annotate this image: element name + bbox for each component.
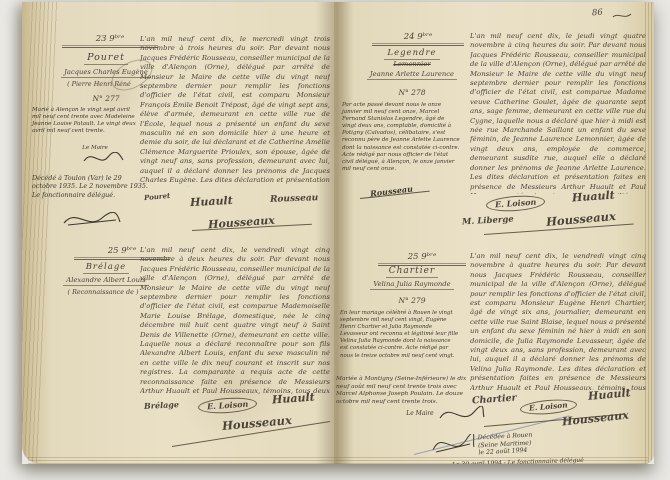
marriage-mention: Marié à Alençon le vingt sept avril mil … [32, 107, 140, 135]
act-number: N° 278 [370, 88, 454, 97]
act-surname-text: Legendre [384, 48, 439, 60]
act-given-names: Velina Julia Raymonde [336, 280, 488, 290]
act-surname: Legendre [342, 48, 482, 60]
signature: Huault [190, 194, 233, 209]
signature: Huault [588, 386, 632, 403]
act-surname: Chartier [342, 266, 482, 278]
signature: Huault [572, 189, 616, 205]
act-given-names-text: Alexandre Albert Louis [63, 276, 148, 286]
folio-paraph-flourish [612, 12, 632, 20]
act-body-text: L'an mil neuf cent dix, le jeudi vingt q… [470, 32, 646, 194]
signature: Rousseau [270, 193, 319, 205]
act-body-text: L'an mil neuf cent dix, le mercredi ving… [140, 35, 330, 187]
legitimation-mention: En leur mariage célébré à Rouen le vingt… [340, 310, 460, 360]
act-body-text: L'an mil neuf cent dix, le vendredi ving… [470, 252, 646, 390]
signature: Chartier [472, 392, 517, 406]
act-date-header: 25 9ᵇʳᵉ [378, 252, 466, 266]
signature: E. Loison [198, 396, 258, 415]
recognition-mention: Par acte passé devant nous le onze janvi… [342, 102, 460, 173]
mayor-signature-flourish [82, 152, 124, 166]
signature: E. Loison [519, 398, 577, 417]
marriage-mention: Mariée à Montigny (Seine-Inférieure) le … [336, 376, 468, 406]
act-number: N° 277 [64, 94, 148, 103]
scanned-register-spread: 23 9ᵇʳᵉ Pouret Jacques Charles Eugène ( … [0, 0, 670, 480]
act-date-header: 24 9ᵇʳᵉ [372, 32, 464, 46]
signature: M. Liberge [462, 215, 514, 228]
left-page: 23 9ᵇʳᵉ Pouret Jacques Charles Eugène ( … [22, 2, 334, 464]
act-given-names: Jeanne Arlette Laurence [336, 70, 488, 80]
mayor-signature-flourish [438, 406, 486, 424]
signature: Housseaux [222, 413, 293, 433]
signature: Huault [272, 391, 316, 407]
act-given-names-text: Jeanne Arlette Laurence [367, 70, 457, 80]
act-given-names-text: Velina Julia Raymonde [370, 280, 453, 290]
signature: E. Loison [486, 194, 546, 213]
act-body-text: L'an mil neuf cent dix, le vendredi ving… [140, 246, 330, 396]
act-surname-text: Brélage [83, 262, 130, 274]
signature: Brélage [144, 399, 179, 411]
act-struck-surname: Lemonnier [342, 60, 482, 68]
signature: Pouret [144, 191, 171, 202]
act-surname-text: Chartier [386, 266, 438, 278]
death-mention: Décédé à Toulon (Var) le 29 octobre 1935… [32, 174, 148, 199]
fore-page-edges [645, 2, 654, 464]
right-page: 86 24 9ᵇʳᵉ Legendre Lemonnier Jeanne Arl… [334, 2, 654, 464]
register-book: 23 9ᵇʳᵉ Pouret Jacques Charles Eugène ( … [22, 2, 654, 464]
act-surname-text: Pouret [84, 52, 128, 65]
death-mention-line: le 22 août 1994 [478, 447, 527, 457]
bottom-page-edges [28, 457, 648, 464]
officer-signature-flourish [62, 212, 122, 228]
folio-number: 86 [592, 8, 603, 19]
act-number: N° 279 [370, 296, 454, 305]
book-gutter-shadow [316, 2, 354, 464]
